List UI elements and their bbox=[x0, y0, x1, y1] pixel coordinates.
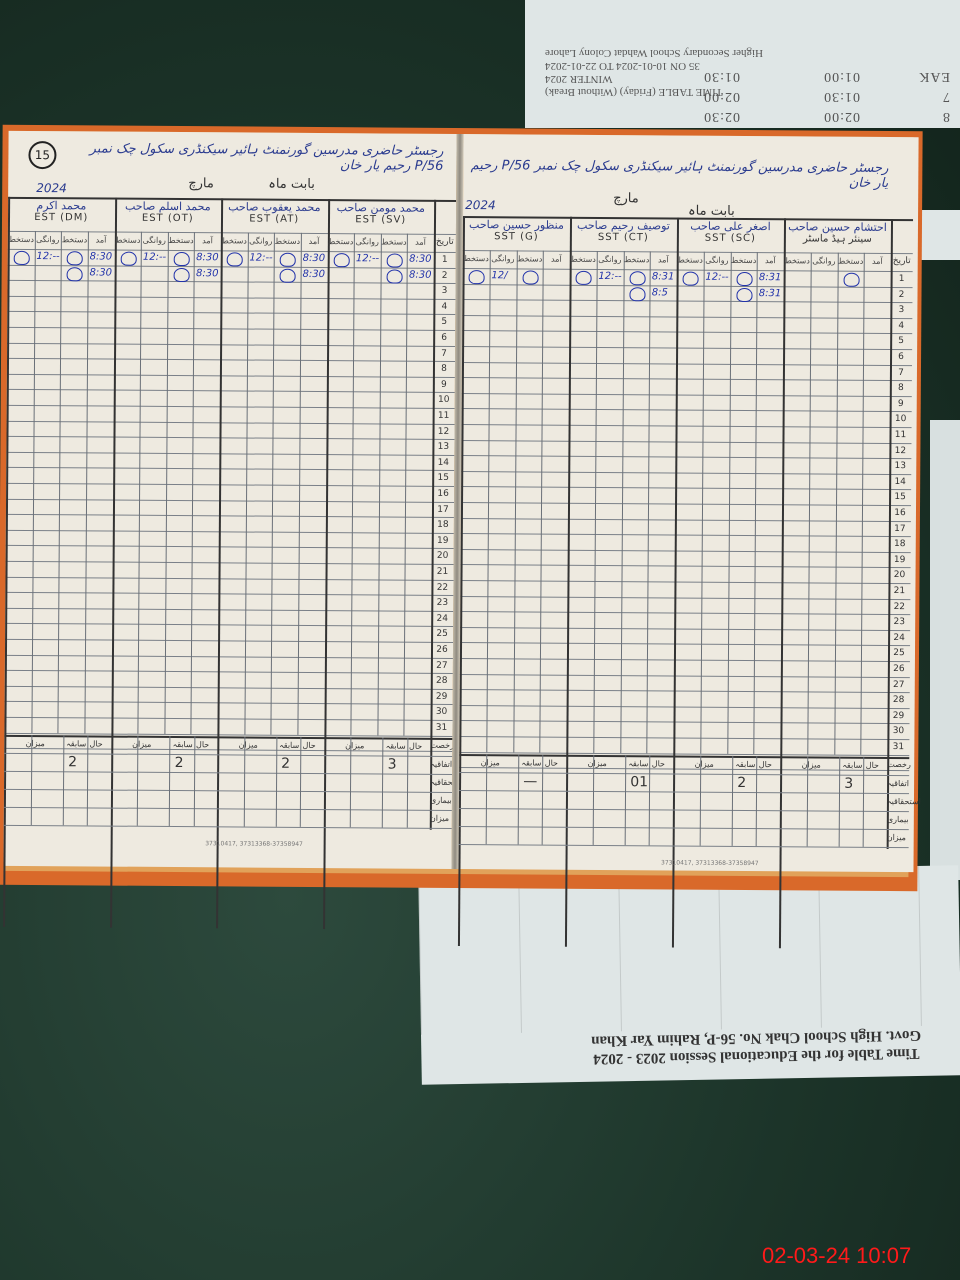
arrival-time: 8:31 bbox=[759, 272, 782, 283]
grid-line bbox=[461, 518, 911, 522]
register-year: 2024 bbox=[465, 198, 496, 212]
grid-line bbox=[5, 639, 453, 643]
summary-column-label: سابقہ bbox=[842, 760, 862, 769]
register-page-left: 15 رجسٹر حاضری مدرسین گورنمنٹ ہائیر سیکن… bbox=[3, 131, 456, 869]
column-subheader: روانگی bbox=[34, 235, 61, 244]
day-number: 28 bbox=[888, 695, 910, 705]
leave-header: رخصت bbox=[430, 740, 454, 749]
grid-line bbox=[462, 346, 912, 350]
column-subheader: دستخط bbox=[114, 236, 141, 245]
grid-line bbox=[7, 374, 455, 378]
grid-line bbox=[137, 735, 139, 825]
period-label: 8 bbox=[942, 108, 950, 124]
day-number: 24 bbox=[431, 614, 453, 624]
day-number: 25 bbox=[431, 629, 453, 639]
summary-column-label: سابقہ bbox=[735, 760, 755, 769]
grid-line bbox=[7, 311, 455, 315]
grid-line bbox=[5, 608, 453, 612]
column-subheader: روانگی bbox=[703, 256, 730, 265]
period-label: 7 bbox=[942, 88, 950, 104]
grid-line bbox=[460, 720, 910, 724]
arrival-time: 8:30 bbox=[409, 254, 432, 265]
day-number: 2 bbox=[890, 290, 912, 300]
signature bbox=[469, 270, 485, 284]
arrival-time: 8:5 bbox=[652, 287, 668, 298]
column-subheader: دستخط bbox=[463, 254, 490, 263]
arrival-time: 8:31 bbox=[652, 271, 675, 282]
teacher-header: منظور حسین صاحبSST (G) bbox=[463, 218, 570, 243]
grid-line bbox=[351, 233, 356, 735]
period-label: EAK bbox=[918, 68, 950, 84]
leave-type-label: اتفاقیہ bbox=[887, 779, 909, 788]
summary-column-label: سابقہ bbox=[173, 740, 193, 749]
period-end: 02:30 bbox=[703, 108, 740, 124]
leave-type-label: بیماری bbox=[887, 815, 909, 824]
leave-header: رخصت bbox=[887, 760, 911, 769]
printer-info: 37310417, 37313368-37358947 bbox=[205, 840, 303, 848]
column-subheader: روانگی bbox=[810, 256, 837, 265]
grid-line bbox=[404, 234, 409, 736]
teacher-header: محمد اکرمEST (DM) bbox=[8, 199, 115, 224]
teacher-designation: سینئر ہیڈ ماسٹر bbox=[784, 233, 891, 245]
grid-line bbox=[460, 674, 910, 678]
day-number: 14 bbox=[432, 458, 454, 468]
day-number: 20 bbox=[432, 551, 454, 561]
grid-line bbox=[461, 440, 911, 444]
signature bbox=[629, 271, 645, 285]
day-number: 25 bbox=[888, 648, 910, 658]
day-number: 22 bbox=[888, 602, 910, 612]
previous-casual-leave: — bbox=[523, 773, 537, 789]
signature bbox=[843, 273, 859, 287]
grid-line bbox=[4, 788, 452, 792]
grid-line bbox=[6, 436, 454, 440]
signature bbox=[333, 253, 349, 267]
day-number: 14 bbox=[889, 477, 911, 487]
timetable-title: Time Table for the Educational Session 2… bbox=[561, 1025, 952, 1068]
grid-line bbox=[486, 250, 491, 752]
grid-line bbox=[5, 701, 453, 705]
day-number: 27 bbox=[888, 680, 910, 690]
grid-line bbox=[406, 737, 408, 827]
column-subheader: آمد bbox=[757, 256, 784, 265]
teacher-name: محمد اسلم صاحب bbox=[125, 200, 211, 214]
day-number: 9 bbox=[433, 380, 455, 390]
signature bbox=[386, 253, 402, 267]
period-start: 01:00 bbox=[823, 68, 860, 84]
summary-column-label: میزان bbox=[695, 759, 714, 768]
signature bbox=[522, 270, 538, 284]
day-number: 16 bbox=[432, 489, 454, 499]
teacher-name: منظور حسین صاحب bbox=[469, 218, 564, 232]
departure-time: 12:-- bbox=[598, 271, 621, 282]
teacher-header: محمد یعقوب صاحبEST (AT) bbox=[221, 200, 328, 225]
grid-line bbox=[58, 231, 63, 733]
period-start: 02:00 bbox=[823, 108, 860, 124]
grid-line bbox=[5, 686, 453, 690]
summary-column-label: میزان bbox=[132, 739, 151, 748]
column-subheader: دستخط bbox=[168, 236, 195, 245]
day-number: 11 bbox=[889, 430, 911, 440]
date-column-header: تاریخ bbox=[891, 256, 913, 266]
previous-casual-leave: 2 bbox=[175, 755, 184, 771]
signature bbox=[67, 251, 83, 265]
grid-line bbox=[460, 580, 910, 584]
summary-column-label: سابقہ bbox=[386, 741, 406, 750]
day-number: 31 bbox=[887, 742, 909, 752]
day-number: 5 bbox=[433, 317, 455, 327]
signature bbox=[629, 287, 645, 301]
grid-line bbox=[5, 670, 453, 674]
grid-line bbox=[459, 808, 909, 812]
arrival-time: 8:30 bbox=[409, 269, 432, 280]
grid-line bbox=[271, 233, 276, 735]
teacher-designation: SST (G) bbox=[463, 231, 570, 243]
day-number: 11 bbox=[433, 411, 455, 421]
day-number: 24 bbox=[888, 633, 910, 643]
grid-line bbox=[6, 483, 454, 487]
grid-line bbox=[542, 754, 544, 844]
grid-line bbox=[297, 233, 302, 735]
column-subheader: دستخط bbox=[221, 236, 248, 245]
departure-time: 12:-- bbox=[249, 253, 272, 264]
column-subheader: دستخط bbox=[516, 254, 543, 263]
summary-column-label: سابقہ bbox=[521, 758, 541, 767]
column-subheader: آمد bbox=[407, 238, 434, 247]
register-month: مارچ bbox=[188, 176, 214, 191]
day-number: 15 bbox=[432, 473, 454, 483]
printer-info: 37310417, 37313368-37358947 bbox=[661, 859, 759, 867]
grid-line bbox=[300, 736, 302, 826]
day-number: 29 bbox=[431, 692, 453, 702]
grid-line bbox=[5, 654, 453, 658]
day-number: 29 bbox=[888, 711, 910, 721]
grid-line bbox=[7, 389, 455, 393]
column-subheader: دستخط bbox=[623, 255, 650, 264]
grid-line bbox=[6, 467, 454, 471]
book-cover-inner: 15 رجسٹر حاضری مدرسین گورنمنٹ ہائیر سیکن… bbox=[3, 131, 913, 877]
signature bbox=[227, 252, 243, 266]
summary-column-label: حال bbox=[302, 741, 315, 750]
grid-line bbox=[5, 623, 453, 627]
arrival-time: 8:30 bbox=[196, 252, 219, 263]
register-book: 15 رجسٹر حاضری مدرسین گورنمنٹ ہائیر سیکن… bbox=[0, 125, 923, 891]
attendance-grid-left: تاریخ12345678910111213141516171819202122… bbox=[4, 197, 456, 830]
grid-line bbox=[807, 252, 812, 754]
signature bbox=[67, 267, 83, 281]
day-number: 3 bbox=[433, 286, 455, 296]
grid-line bbox=[459, 844, 909, 848]
grid-line bbox=[62, 735, 64, 825]
grid-line bbox=[462, 424, 912, 428]
day-number: 5 bbox=[890, 336, 912, 346]
teacher-name: احتشام حسین صاحب bbox=[788, 220, 887, 234]
day-number: 2 bbox=[434, 270, 456, 280]
paper-edge bbox=[930, 420, 960, 880]
grid-line bbox=[6, 561, 454, 565]
signature bbox=[120, 252, 136, 266]
grid-line bbox=[462, 315, 912, 319]
day-number: 17 bbox=[889, 524, 911, 534]
summary-column-label: سابقہ bbox=[66, 739, 86, 748]
grid-line bbox=[863, 756, 865, 846]
register-title: رجسٹر حاضری مدرسین گورنمنٹ ہائیر سیکنڈری… bbox=[468, 158, 888, 191]
summary-column-label: میزان bbox=[802, 760, 821, 769]
leave-type-label: استحقاقیہ bbox=[887, 797, 921, 806]
leave-type-label: اتفاقیہ bbox=[430, 759, 452, 768]
day-number: 19 bbox=[432, 536, 454, 546]
grid-line bbox=[461, 471, 911, 475]
previous-casual-leave: 2 bbox=[737, 775, 746, 791]
column-subheader: آمد bbox=[194, 236, 221, 245]
teacher-name: محمد اکرم bbox=[36, 199, 86, 212]
day-number: 21 bbox=[432, 567, 454, 577]
grid-line bbox=[861, 253, 866, 755]
day-number: 10 bbox=[433, 395, 455, 405]
grid-line bbox=[513, 250, 518, 752]
grid-line bbox=[460, 642, 910, 646]
grid-line bbox=[169, 736, 171, 826]
day-number: 8 bbox=[433, 364, 455, 374]
grid-line bbox=[731, 755, 733, 845]
grid-line bbox=[7, 342, 455, 346]
period-start: 01:30 bbox=[823, 88, 860, 104]
signature bbox=[683, 272, 699, 286]
teacher-designation: SST (SC) bbox=[677, 233, 784, 245]
summary-column-label: میزان bbox=[588, 758, 607, 767]
grid-line bbox=[4, 824, 452, 828]
signature bbox=[736, 272, 752, 286]
grid-line bbox=[191, 232, 196, 734]
grid-line bbox=[7, 420, 455, 424]
day-number: 8 bbox=[890, 383, 912, 393]
grid-line bbox=[459, 790, 909, 794]
teacher-name: محمد مومن صاحب bbox=[337, 201, 425, 215]
grid-line bbox=[4, 806, 452, 810]
teacher-designation: EST (SV) bbox=[327, 214, 434, 226]
summary-column-label: میزان bbox=[345, 741, 364, 750]
column-subheader: روانگی bbox=[489, 254, 516, 263]
day-number: 19 bbox=[889, 555, 911, 565]
summary-column-label: حال bbox=[652, 759, 665, 768]
grid-line bbox=[620, 251, 625, 753]
grid-line bbox=[462, 299, 912, 303]
column-subheader: دستخط bbox=[8, 235, 35, 244]
signature bbox=[173, 252, 189, 266]
summary-column-label: حال bbox=[866, 760, 879, 769]
departure-time: 12:-- bbox=[143, 252, 166, 263]
previous-casual-leave: 2 bbox=[68, 754, 77, 770]
grid-line bbox=[350, 737, 352, 827]
arrival-time: 8:30 bbox=[90, 251, 113, 262]
grid-line bbox=[382, 737, 384, 827]
grid-line bbox=[462, 362, 912, 366]
grid-line bbox=[460, 611, 910, 615]
attendance-grid-right: تاریخ12345678910111213141516171819202122… bbox=[459, 216, 913, 849]
grid-line bbox=[244, 233, 249, 735]
grid-line bbox=[461, 502, 911, 506]
day-number: 7 bbox=[433, 348, 455, 358]
timetable-sheet-top: TIME TABLE (Friday) (Without Break) WINT… bbox=[525, 0, 960, 128]
grid-line bbox=[540, 251, 545, 753]
column-subheader: دستخط bbox=[61, 235, 88, 244]
grid-line bbox=[7, 327, 455, 331]
day-number: 1 bbox=[891, 274, 913, 284]
day-number: 18 bbox=[432, 520, 454, 530]
column-subheader: دستخط bbox=[784, 256, 811, 265]
summary-column-label: حال bbox=[545, 758, 558, 767]
grid-line bbox=[6, 545, 454, 549]
grid-line bbox=[624, 755, 626, 845]
signature bbox=[576, 271, 592, 285]
teacher-name: توصیف رحیم صاحب bbox=[577, 219, 670, 233]
previous-casual-leave: 2 bbox=[281, 755, 290, 771]
grid-line bbox=[461, 486, 911, 490]
column-subheader: آمد bbox=[864, 257, 891, 266]
grid-line bbox=[84, 231, 89, 733]
grid-line bbox=[462, 377, 912, 381]
arrival-time: 8:30 bbox=[302, 268, 325, 279]
day-number: 23 bbox=[431, 598, 453, 608]
day-number: 30 bbox=[887, 726, 909, 736]
teacher-header: توصیف رحیم صاحبSST (CT) bbox=[570, 219, 677, 244]
grid-line bbox=[460, 627, 910, 631]
grid-line bbox=[462, 408, 912, 412]
grid-line bbox=[462, 330, 912, 334]
grid-line bbox=[243, 736, 245, 826]
grid-line bbox=[138, 232, 143, 734]
summary-column-label: میزان bbox=[26, 739, 45, 748]
column-subheader: روانگی bbox=[141, 236, 168, 245]
previous-casual-leave: 01 bbox=[630, 774, 648, 790]
teacher-name: اصغر علی صاحب bbox=[690, 220, 771, 234]
column-subheader: روانگی bbox=[247, 237, 274, 246]
grid-line bbox=[700, 252, 705, 754]
day-number: 16 bbox=[889, 508, 911, 518]
departure-time: 12/ bbox=[491, 270, 507, 281]
column-subheader: دستخط bbox=[381, 237, 408, 246]
grid-line bbox=[7, 405, 455, 409]
grid-line bbox=[6, 530, 454, 534]
grid-line bbox=[5, 592, 453, 596]
day-number: 6 bbox=[433, 333, 455, 343]
grid-line bbox=[460, 658, 910, 662]
grid-line bbox=[31, 231, 36, 733]
grid-line bbox=[462, 393, 912, 397]
day-number: 1 bbox=[434, 255, 456, 265]
day-number: 20 bbox=[889, 570, 911, 580]
day-number: 9 bbox=[890, 399, 912, 409]
signature bbox=[736, 288, 752, 302]
day-number: 15 bbox=[889, 492, 911, 502]
day-number: 22 bbox=[431, 582, 453, 592]
grid-line bbox=[459, 736, 909, 740]
day-number: 3 bbox=[890, 305, 912, 315]
register-month: مارچ bbox=[613, 191, 639, 206]
grid-line bbox=[460, 689, 910, 693]
summary-column-label: حال bbox=[90, 739, 103, 748]
grid-line bbox=[461, 533, 911, 537]
summary-column-label: میزان bbox=[481, 758, 500, 767]
timetable-sheet-bottom: Time Table for the Educational Session 2… bbox=[418, 865, 960, 1084]
arrival-time: 8:30 bbox=[89, 267, 112, 278]
departure-time: 12:-- bbox=[705, 272, 728, 283]
column-subheader: دستخط bbox=[274, 237, 301, 246]
teacher-header: محمد مومن صاحبEST (SV) bbox=[327, 201, 434, 226]
leave-type-label: میزان bbox=[887, 833, 906, 842]
signature bbox=[386, 269, 402, 283]
grid-line bbox=[834, 253, 839, 755]
column-subheader: آمد bbox=[301, 237, 328, 246]
day-number: 17 bbox=[432, 504, 454, 514]
day-number: 26 bbox=[888, 664, 910, 674]
grid-line bbox=[459, 826, 909, 830]
summary-column-label: حال bbox=[196, 740, 209, 749]
column-subheader: دستخط bbox=[730, 256, 757, 265]
column-subheader: دستخط bbox=[327, 237, 354, 246]
teacher-designation: EST (OT) bbox=[114, 213, 221, 225]
signature bbox=[173, 268, 189, 282]
teacher-designation: SST (CT) bbox=[570, 232, 677, 244]
summary-column-label: حال bbox=[409, 741, 422, 750]
date-column-header: تاریخ bbox=[434, 237, 456, 247]
day-number: 18 bbox=[889, 539, 911, 549]
grid-line bbox=[4, 770, 452, 774]
register-title: رجسٹر حاضری مدرسین گورنمنٹ ہائیر سیکنڈری… bbox=[63, 141, 443, 174]
grid-line bbox=[87, 735, 89, 825]
photo-timestamp: 02-03-24 10:07 bbox=[762, 1243, 911, 1269]
grid-line bbox=[460, 705, 910, 709]
arrival-time: 8:30 bbox=[196, 268, 219, 279]
column-subheader: دستخط bbox=[570, 255, 597, 264]
day-number: 12 bbox=[432, 426, 454, 436]
grid-line bbox=[838, 756, 840, 846]
grid-line bbox=[756, 756, 758, 846]
grid-line bbox=[806, 756, 808, 846]
day-number: 26 bbox=[431, 645, 453, 655]
day-number: 31 bbox=[430, 723, 452, 733]
column-subheader: آمد bbox=[88, 235, 115, 244]
grid-line bbox=[485, 754, 487, 844]
day-number: 4 bbox=[890, 321, 912, 331]
page-number: 15 bbox=[28, 141, 56, 169]
day-number: 6 bbox=[890, 352, 912, 362]
grid-line bbox=[461, 455, 911, 459]
day-number: 12 bbox=[889, 446, 911, 456]
signature bbox=[280, 268, 296, 282]
teacher-name: محمد یعقوب صاحب bbox=[228, 200, 320, 214]
day-number: 10 bbox=[890, 414, 912, 424]
teacher-header: محمد اسلم صاحبEST (OT) bbox=[114, 200, 221, 225]
summary-column-label: سابقہ bbox=[628, 759, 648, 768]
signature bbox=[14, 251, 30, 265]
previous-casual-leave: 3 bbox=[388, 756, 397, 772]
day-number: 23 bbox=[888, 617, 910, 627]
day-number: 21 bbox=[888, 586, 910, 596]
summary-column-label: میزان bbox=[239, 740, 258, 749]
arrival-time: 8:30 bbox=[303, 253, 326, 264]
departure-time: 12:-- bbox=[356, 253, 379, 264]
departure-time: 12:-- bbox=[36, 251, 59, 262]
grid-line bbox=[30, 735, 32, 825]
column-subheader: آمد bbox=[650, 255, 677, 264]
signature bbox=[280, 253, 296, 267]
day-number: 13 bbox=[432, 442, 454, 452]
grid-line bbox=[461, 564, 911, 568]
column-subheader: آمد bbox=[543, 255, 570, 264]
grid-line bbox=[699, 755, 701, 845]
column-subheader: روانگی bbox=[596, 255, 623, 264]
